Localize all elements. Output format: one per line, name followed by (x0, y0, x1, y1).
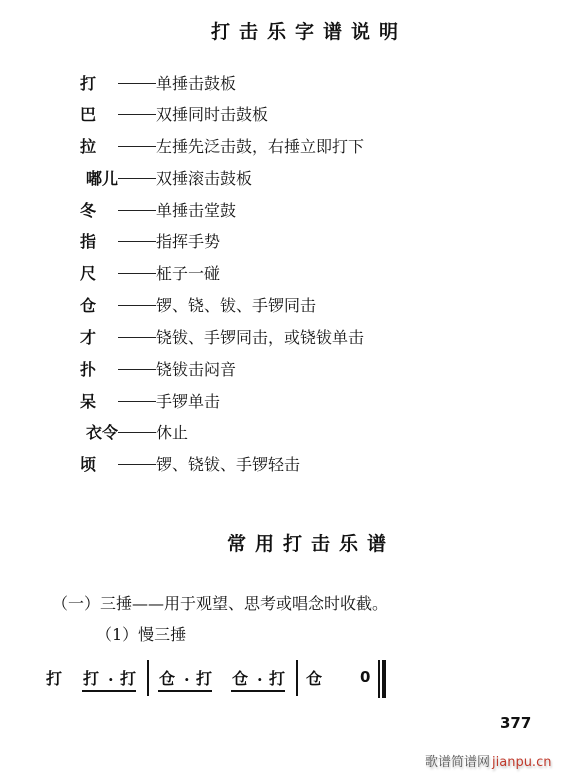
legend-description: 铙钹、手锣同击，或铙钹单击 (156, 326, 364, 350)
legend-symbol: 顷 (80, 453, 96, 477)
dash (118, 464, 156, 465)
section-title: 常用打击乐谱 (22, 529, 578, 556)
dash (118, 241, 156, 242)
legend-description: 锣、铙、钹、手锣同击 (156, 294, 316, 318)
legend-item: 嘟儿 双捶滚击鼓板 (0, 167, 578, 191)
legend-item: 打 单捶击鼓板 (0, 72, 578, 96)
barline (296, 660, 298, 696)
legend-symbol: 嘟儿 (86, 167, 118, 191)
dash (118, 337, 156, 338)
legend-symbol: 指 (80, 230, 96, 254)
legend-description: 单捶击堂鼓 (156, 199, 236, 223)
dash (118, 369, 156, 370)
legend-item: 顷 锣、铙钹、手锣轻击 (0, 453, 578, 477)
dash (118, 114, 156, 115)
legend-item: 拉 左捶先泛击鼓，右捶立即打下 (0, 135, 578, 159)
legend-description: 柾子一碰 (156, 262, 220, 286)
final-barline-thick (382, 660, 386, 698)
watermark: 歌谱简谱网jianpu.cn (425, 751, 551, 770)
legend-symbol: 才 (80, 326, 96, 350)
underline (82, 690, 136, 692)
final-barline-thin (378, 660, 380, 698)
legend-item: 才 铙钹、手锣同击，或铙钹单击 (0, 326, 578, 350)
note: 打 (120, 666, 136, 689)
note: 仓 (232, 666, 248, 689)
note-dot: . (184, 666, 190, 685)
legend-symbol: 冬 (80, 199, 96, 223)
legend-description: 单捶击鼓板 (156, 72, 236, 96)
legend-symbol: 巴 (80, 103, 96, 127)
legend-description: 指挥手势 (156, 230, 220, 254)
underline (158, 690, 212, 692)
dash (118, 146, 156, 147)
page-title: 打击乐字谱说明 (20, 17, 578, 44)
note: 仓 (306, 666, 322, 689)
legend-item: 呆 手锣单击 (0, 390, 578, 414)
note: 打 (46, 666, 62, 689)
legend-symbol: 衣令 (86, 421, 118, 445)
dash (118, 178, 156, 179)
dash (118, 432, 156, 433)
legend-description: 休止 (156, 421, 188, 445)
legend-description: 手锣单击 (156, 390, 220, 414)
note: 仓 (159, 666, 175, 689)
dash (118, 305, 156, 306)
note: 打 (83, 666, 99, 689)
legend-item: 尺 柾子一碰 (0, 262, 578, 286)
note: 打 (196, 666, 212, 689)
legend-item: 巴 双捶同时击鼓板 (0, 103, 578, 127)
legend-description: 双捶同时击鼓板 (156, 103, 268, 127)
watermark-cn: 歌谱简谱网 (425, 755, 490, 770)
legend-symbol: 呆 (80, 390, 96, 414)
legend-symbol: 扑 (80, 358, 96, 382)
legend-description: 双捶滚击鼓板 (156, 167, 252, 191)
legend-item: 冬 单捶击堂鼓 (0, 199, 578, 223)
legend-symbol: 尺 (80, 262, 96, 286)
section-heading: （一）三捶——用于观望、思考或唱念时收截。 (52, 591, 388, 614)
legend-item: 指 指挥手势 (0, 230, 578, 254)
legend-item: 扑 铙钹击闷音 (0, 358, 578, 382)
dash (118, 83, 156, 84)
underline (231, 690, 285, 692)
note-dot: . (108, 666, 114, 685)
percussion-notation: 打 打 . 打 仓 . 打 仓 . 打 仓 0 (0, 660, 578, 700)
subsection-heading: （1）慢三捶 (96, 622, 186, 645)
barline (147, 660, 149, 696)
watermark-en: jianpu.cn (492, 755, 551, 770)
dash (118, 210, 156, 211)
legend-item: 仓 锣、铙、钹、手锣同击 (0, 294, 578, 318)
page-number: 377 (500, 714, 531, 732)
legend-item: 衣令 休止 (0, 421, 578, 445)
dash (118, 273, 156, 274)
legend-description: 铙钹击闷音 (156, 358, 236, 382)
note-dot: . (257, 666, 263, 685)
legend-description: 左捶先泛击鼓，右捶立即打下 (156, 135, 364, 159)
dash (118, 401, 156, 402)
legend-symbol: 仓 (80, 294, 96, 318)
legend-symbol: 拉 (80, 135, 96, 159)
note: 打 (269, 666, 285, 689)
rest: 0 (360, 668, 370, 686)
legend-description: 锣、铙钹、手锣轻击 (156, 453, 300, 477)
legend-symbol: 打 (80, 72, 96, 96)
